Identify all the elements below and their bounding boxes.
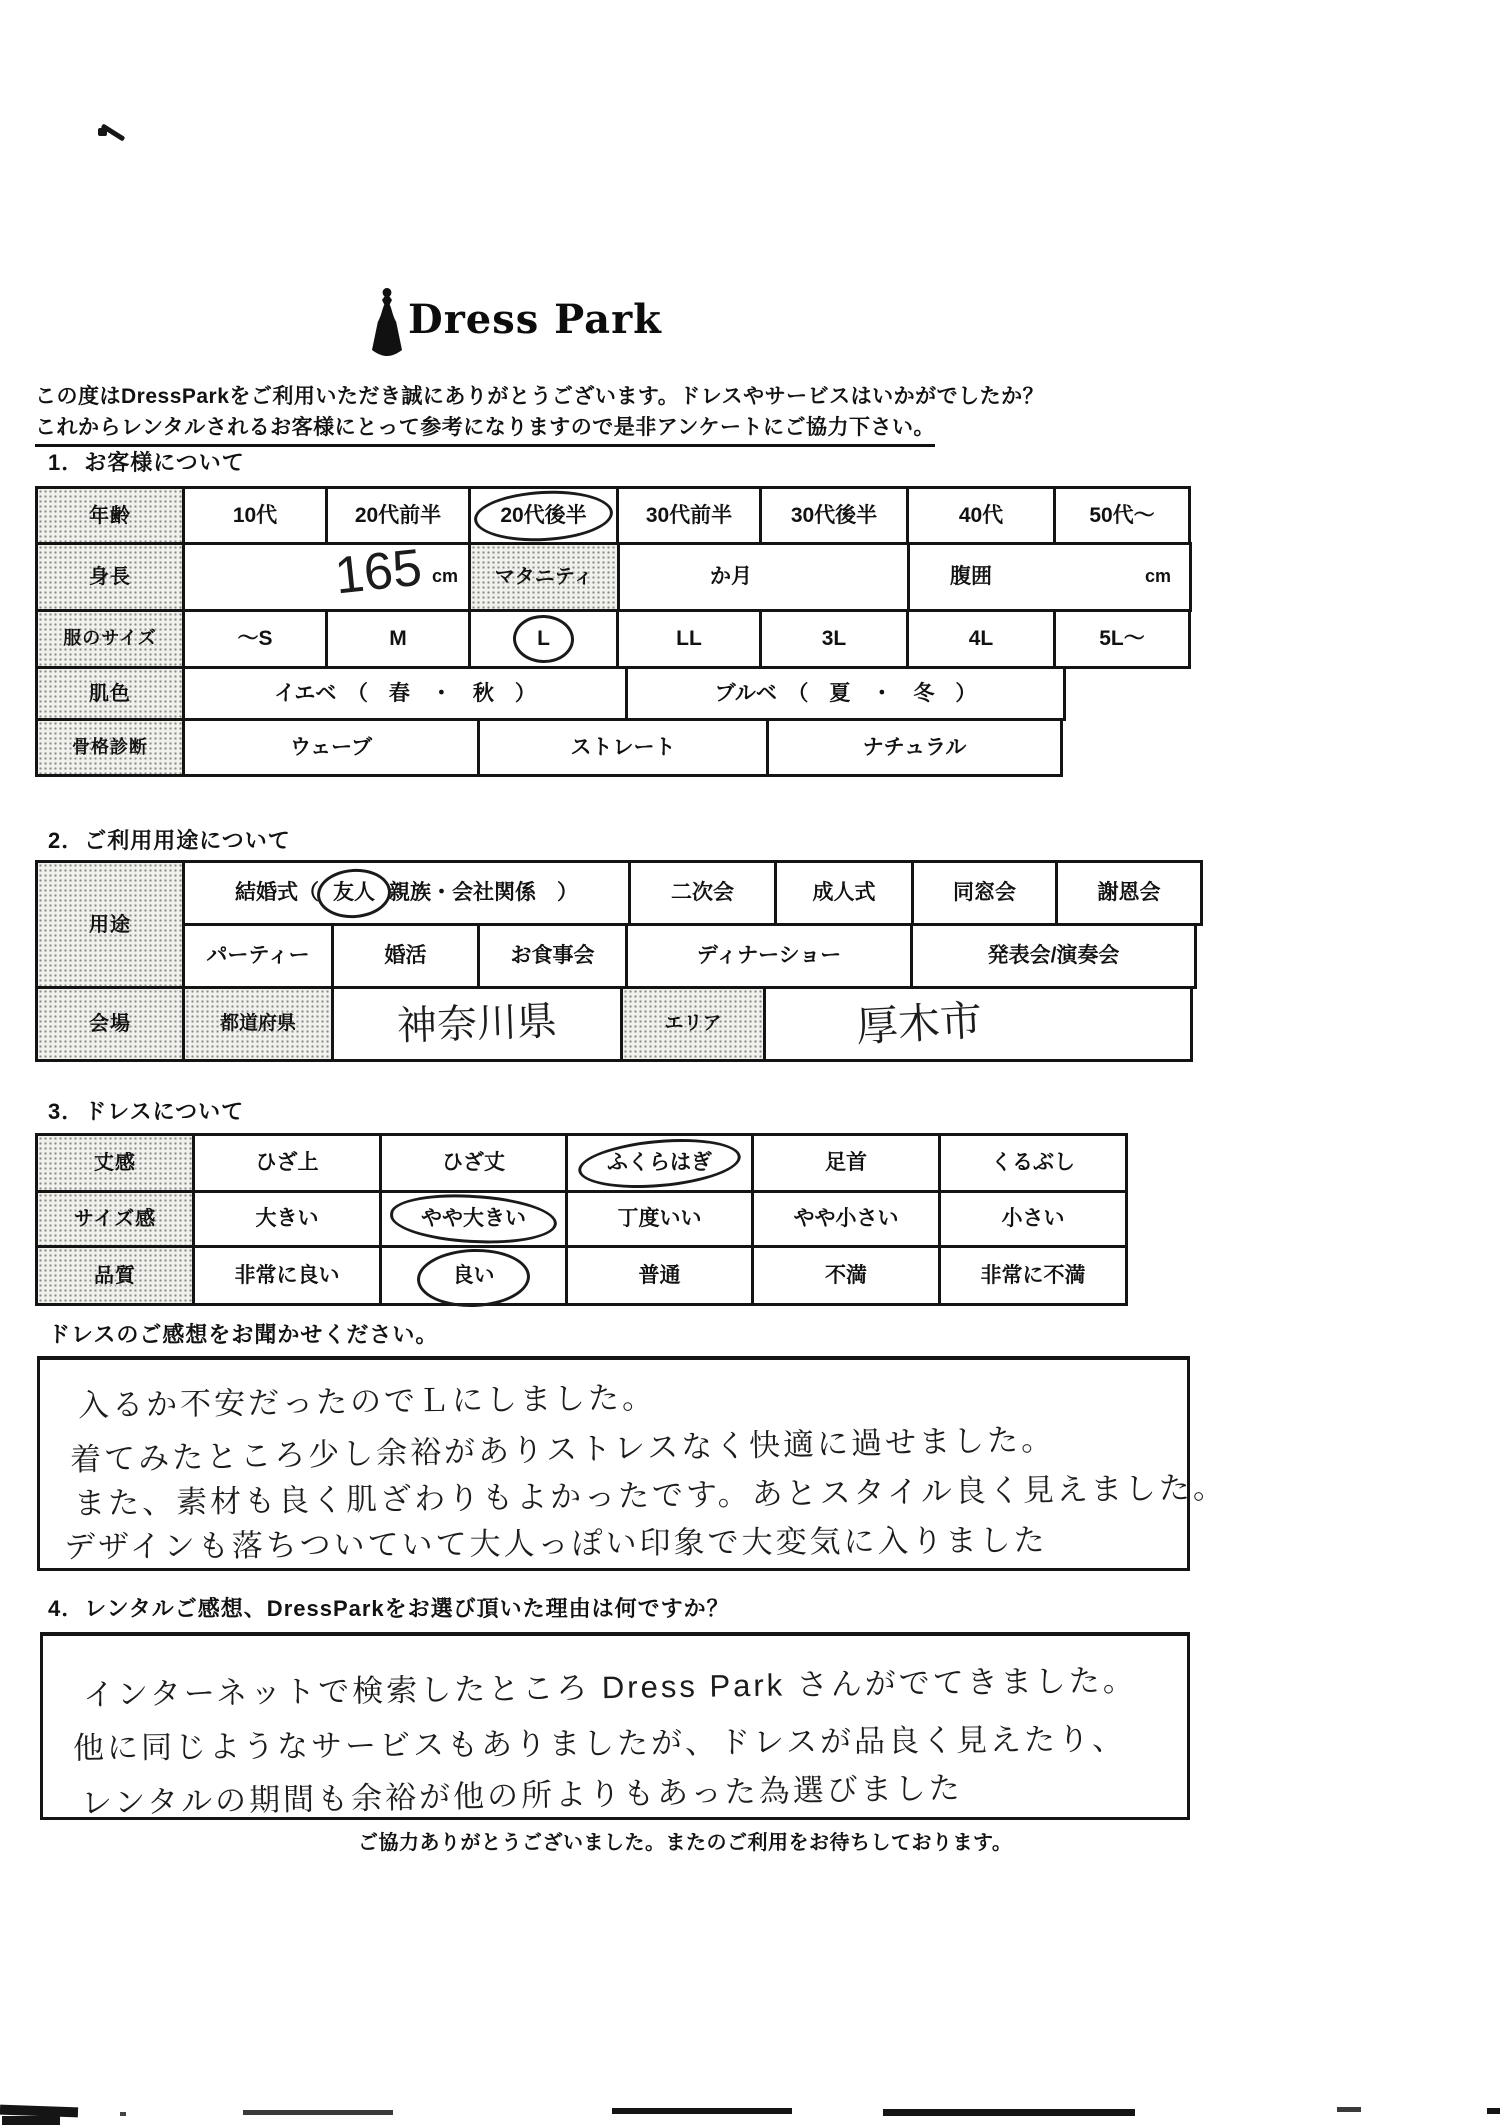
usage-option-dinnershow: ディナーショー xyxy=(625,923,913,989)
frame-option-natural: ナチュラル xyxy=(766,718,1063,777)
usage-option-matchmaking: 婚活 xyxy=(331,923,480,989)
frame-option-wave: ウェーブ xyxy=(182,718,480,777)
scan-artifact xyxy=(120,2112,126,2116)
frame-label: 骨格診断 xyxy=(35,718,185,777)
quality-option-veryunsatisfied: 非常に不満 xyxy=(938,1245,1128,1306)
size-option-4l: 4L xyxy=(906,609,1056,669)
usage-option-reunion: 同窓会 xyxy=(911,860,1058,926)
intro-line-1: この度はDressParkをご利用いただき誠にありがとうございます。ドレスやサー… xyxy=(35,380,1044,410)
age-option-10s: 10代 xyxy=(182,486,328,545)
age-label: 年齢 xyxy=(35,486,185,545)
skintone-option-bluebase: ブルベ （ 夏 ・ 冬 ） xyxy=(625,666,1066,721)
size-option-5l: 5L～ xyxy=(1053,609,1191,669)
quality-option-good: 良い xyxy=(379,1245,568,1306)
usage-label: 用途 xyxy=(35,860,185,989)
height-unit: cm xyxy=(432,567,458,587)
age-option-40s: 40代 xyxy=(906,486,1056,545)
frame-row: 骨格診断 ウェーブ ストレート ナチュラル xyxy=(35,718,1192,777)
area-handwritten: 厚木市 xyxy=(855,998,983,1051)
section1-title: 1．お客様について xyxy=(48,446,245,477)
usage-options: 結婚式（ 友人 親族・会社関係 ） 二次会 成人式 同窓会 謝恩会 パーティー … xyxy=(182,860,1203,989)
usage-option-wedding: 結婚式（ 友人 親族・会社関係 ） xyxy=(182,860,631,926)
quality-option-verygood: 非常に良い xyxy=(192,1245,382,1306)
maternity-label: マタニティ xyxy=(468,542,620,612)
size-row: 服のサイズ ～S M L LL 3L 4L 5L～ xyxy=(35,609,1192,669)
size-option-3l: 3L xyxy=(759,609,909,669)
age-option-late20s: 20代後半 xyxy=(468,486,619,545)
length-option-calf: ふくらはぎ xyxy=(565,1133,754,1193)
length-row: 丈感 ひざ上 ひざ丈 ふくらはぎ 足首 くるぶし xyxy=(35,1133,1128,1193)
section4-title: 4．レンタルご感想、DressParkをお選び頂いた理由は何ですか？ xyxy=(48,1592,730,1623)
quality-label: 品質 xyxy=(35,1245,195,1306)
fit-option-justright: 丁度いい xyxy=(565,1190,754,1248)
customer-table: 年齢 10代 20代前半 20代後半 30代前半 30代後半 40代 50代～ … xyxy=(35,486,1192,777)
usage-option-afterparty: 二次会 xyxy=(628,860,777,926)
venue-row: 会場 都道府県 神奈川県 エリア 厚木市 xyxy=(35,986,1203,1062)
prefecture-label: 都道府県 xyxy=(182,986,334,1062)
usage-row-1: 結婚式（ 友人 親族・会社関係 ） 二次会 成人式 同窓会 謝恩会 xyxy=(182,860,1203,926)
fit-option-big: 大きい xyxy=(192,1190,382,1248)
usage-option-dinner: お食事会 xyxy=(477,923,628,989)
logo-wordmark: Dress Park xyxy=(408,296,662,343)
fit-row: サイズ感 大きい やや大きい 丁度いい やや小さい 小さい xyxy=(35,1190,1128,1248)
usage-option-thanksparty: 謝恩会 xyxy=(1055,860,1203,926)
frame-option-straight: ストレート xyxy=(477,718,769,777)
scan-artifact xyxy=(1487,2108,1500,2114)
fit-label: サイズ感 xyxy=(35,1190,195,1248)
fit-option-slightlysmall: やや小さい xyxy=(751,1190,941,1248)
size-option-l: L xyxy=(468,609,619,669)
waist-cell: 腹囲 cm xyxy=(907,542,1192,612)
section2-title: 2．ご利用用途について xyxy=(48,824,291,855)
length-option-aboveknee: ひざ上 xyxy=(192,1133,382,1193)
size-label: 服のサイズ xyxy=(35,609,185,669)
age-option-50s: 50代～ xyxy=(1053,486,1191,545)
usage-option-recital: 発表会/演奏会 xyxy=(910,923,1197,989)
skintone-row: 肌色 イエベ （ 春 ・ 秋 ） ブルベ （ 夏 ・ 冬 ） xyxy=(35,666,1192,721)
usage-option-party: パーティー xyxy=(182,923,334,989)
area-label: エリア xyxy=(620,986,766,1062)
height-value-cell: 165 cm xyxy=(182,542,471,612)
venue-label: 会場 xyxy=(35,986,185,1062)
quality-row: 品質 非常に良い 良い 普通 不満 非常に不満 xyxy=(35,1245,1128,1306)
scan-artifact xyxy=(243,2110,393,2115)
reason-line-1: インターネットで検索したところ Dress Park さんがでてきました。 xyxy=(83,1655,1137,1715)
size-option-ll: LL xyxy=(616,609,762,669)
length-option-knee: ひざ丈 xyxy=(379,1133,568,1193)
dress-icon xyxy=(372,288,402,361)
usage-row-2: パーティー 婚活 お食事会 ディナーショー 発表会/演奏会 xyxy=(182,923,1203,989)
wedding-guest-friend: 友人 xyxy=(319,881,389,904)
height-row: 身長 165 cm マタニティ か月 腹囲 cm xyxy=(35,542,1192,612)
area-value-cell: 厚木市 xyxy=(763,986,1193,1062)
usage-table: 用途 結婚式（ 友人 親族・会社関係 ） 二次会 成人式 同窓会 謝恩会 xyxy=(35,860,1203,1062)
scan-artifact xyxy=(1337,2107,1361,2112)
quality-option-normal: 普通 xyxy=(565,1245,754,1306)
height-handwritten: 165 xyxy=(332,540,424,606)
length-option-ankle: 足首 xyxy=(751,1133,941,1193)
usage-option-comingofage: 成人式 xyxy=(774,860,914,926)
age-option-early20s: 20代前半 xyxy=(325,486,471,545)
skintone-label: 肌色 xyxy=(35,666,185,721)
quality-option-unsatisfied: 不満 xyxy=(751,1245,941,1306)
section3-title: 3．ドレスについて xyxy=(48,1095,244,1126)
reason-line-2: 他に同じようなサービスもありましたが、ドレスが品良く見えたり、 xyxy=(73,1713,1126,1767)
skintone-option-yellowbase: イエベ （ 春 ・ 秋 ） xyxy=(182,666,628,721)
height-label: 身長 xyxy=(35,542,185,612)
prefecture-handwritten: 神奈川県 xyxy=(396,999,557,1049)
scan-artifact xyxy=(612,2108,792,2114)
maternity-months-cell: か月 xyxy=(617,542,910,612)
pen-mark-blob xyxy=(98,128,107,136)
dress-table: 丈感 ひざ上 ひざ丈 ふくらはぎ 足首 くるぶし サイズ感 大きい やや大きい … xyxy=(35,1133,1128,1306)
age-row: 年齢 10代 20代前半 20代後半 30代前半 30代後半 40代 50代～ xyxy=(35,486,1192,545)
age-option-late30s: 30代後半 xyxy=(759,486,909,545)
feedback-line-1: 入るか不安だったのでＬにしました。 xyxy=(78,1372,657,1425)
dress-feedback-prompt: ドレスのご感想をお聞かせください。 xyxy=(48,1318,438,1349)
length-label: 丈感 xyxy=(35,1133,195,1193)
reason-line-3: レンタルの期間も余裕が他の所よりもあった為選びました xyxy=(81,1762,963,1822)
age-option-early30s: 30代前半 xyxy=(616,486,762,545)
scan-artifact xyxy=(883,2109,1135,2116)
prefecture-value-cell: 神奈川県 xyxy=(331,986,623,1062)
fit-option-slightlybig: やや大きい xyxy=(379,1190,568,1248)
length-option-anklebone: くるぶし xyxy=(938,1133,1128,1193)
scanned-survey-form: Dress Park この度はDressParkをご利用いただき誠にありがとうご… xyxy=(0,0,1500,2127)
fit-option-small: 小さい xyxy=(938,1190,1128,1248)
usage-rows-1-2: 用途 結婚式（ 友人 親族・会社関係 ） 二次会 成人式 同窓会 謝恩会 xyxy=(35,860,1203,989)
size-option-s: ～S xyxy=(182,609,328,669)
intro-line-2: これからレンタルされるお客様にとって参考になりますので是非アンケートにご協力下さ… xyxy=(35,411,935,447)
scan-artifact xyxy=(2,2116,60,2125)
rental-feedback-box: インターネットで検索したところ Dress Park さんがでてきました。 他に… xyxy=(40,1632,1190,1820)
size-option-m: M xyxy=(325,609,471,669)
footer-thanks: ご協力ありがとうございました。またのご利用をお待ちしております。 xyxy=(358,1826,1012,1855)
dress-feedback-box: 入るか不安だったのでＬにしました。 着てみたところ少し余裕がありストレスなく快適… xyxy=(37,1356,1190,1571)
feedback-line-4: デザインも落ちついていて大人っぽい印象で大変気に入りました xyxy=(64,1515,1048,1567)
